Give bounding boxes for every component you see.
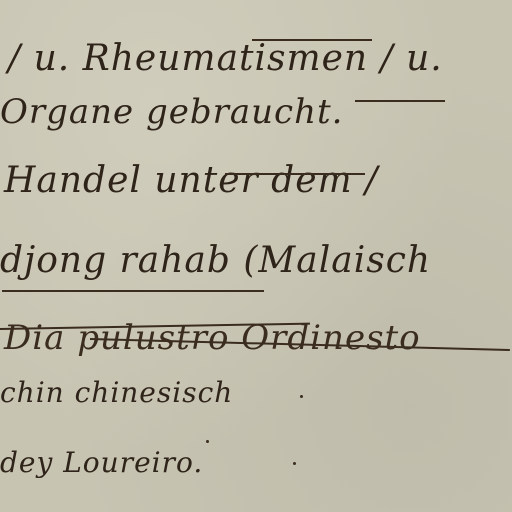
- manuscript-line-2: Organe gebraucht.: [0, 92, 343, 132]
- manuscript-page: / u. Rheumatismen / u. Organe gebraucht.…: [0, 0, 512, 512]
- t-crossbar: [225, 173, 365, 175]
- manuscript-line-3: Handel unter dem /: [4, 160, 378, 201]
- manuscript-line-6: chin chinesisch: [0, 376, 233, 409]
- t-crossbar: [355, 100, 445, 102]
- manuscript-line-7: dey Loureiro.: [0, 446, 203, 479]
- t-crossbar: [252, 39, 372, 41]
- manuscript-line-1: / u. Rheumatismen / u.: [8, 38, 443, 79]
- ink-speck: [300, 395, 303, 398]
- underline-stroke: [2, 290, 264, 292]
- manuscript-line-4: djong rahab (Malaisch: [0, 240, 431, 281]
- ink-speck: [206, 440, 209, 443]
- ink-speck: [293, 462, 296, 465]
